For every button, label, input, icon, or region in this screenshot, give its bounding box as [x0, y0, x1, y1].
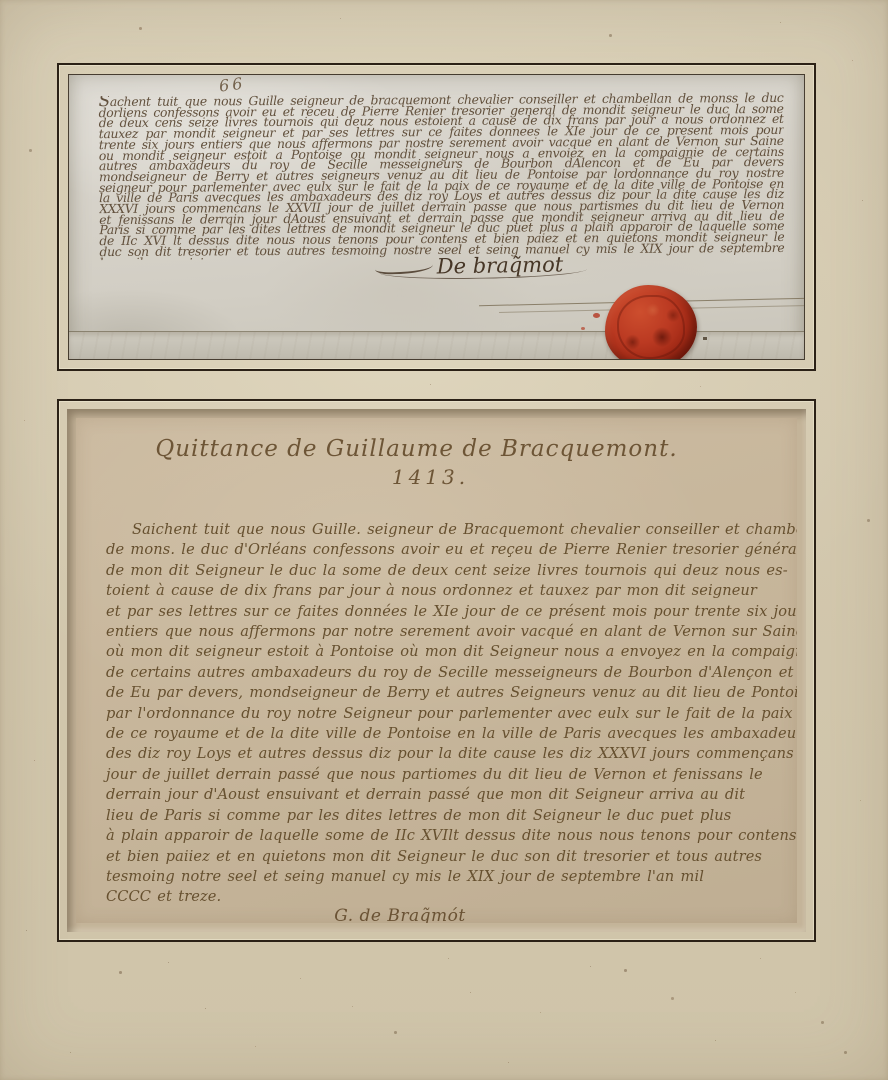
transcription-signature: G. de Braq̃mót: [76, 906, 724, 923]
transcription-year: 1413.: [90, 465, 771, 489]
manuscript-signature: De braq̃mot: [369, 252, 569, 279]
foxing-specks: [0, 0, 1, 1]
transcription-line: de mons. le duc d'Orléans confessons avo…: [106, 540, 791, 560]
transcription-line: de mon dit Seigneur le duc la some de de…: [106, 561, 791, 581]
transcription-window: Quittance de Guillaume de Bracquemont. 1…: [67, 409, 806, 932]
wax-seal: [605, 285, 697, 360]
transcription-line: par l'ordonnance du roy notre Seigneur p…: [106, 704, 791, 724]
wax-droplet: [581, 327, 585, 330]
manuscript-signature-text: De braq̃mot: [437, 252, 564, 278]
manuscript-document: 66 Sachent tuit que nous Guille seigneur…: [69, 75, 804, 359]
transcription-frame: Quittance de Guillaume de Bracquemont. 1…: [57, 399, 816, 942]
manuscript-frame: 66 Sachent tuit que nous Guille seigneur…: [57, 63, 816, 371]
transcription-line: de Eu par devers, mondseigneur de Berry …: [106, 683, 791, 703]
transcription-title: Quittance de Guillaume de Bracquemont.: [76, 436, 757, 462]
transcription-line: CCCC et treze.: [106, 887, 791, 907]
transcription-line: Saichent tuit que nous Guille. seigneur …: [106, 520, 791, 540]
transcription-line: entiers que nous affermons par notre ser…: [106, 622, 791, 642]
mat-board: 66 Sachent tuit que nous Guille seigneur…: [0, 0, 888, 1080]
transcription-line: et bien paiiez et en quietons mon dit Se…: [106, 847, 791, 867]
transcription-line: des diz roy Loys et autres dessus diz po…: [106, 744, 791, 764]
transcription-line: toient à cause de dix frans par jour à n…: [106, 581, 791, 601]
transcription-header: Quittance de Guillaume de Bracquemont. 1…: [76, 436, 757, 489]
manuscript-window: 66 Sachent tuit que nous Guille seigneur…: [68, 74, 805, 360]
archive-number: 66: [218, 74, 246, 96]
signature-flourish: [375, 264, 433, 275]
manuscript-text: Sachent tuit que nous Guille seigneur de…: [99, 92, 785, 260]
transcription-line: à plain apparoir de laquelle some de IIc…: [106, 826, 791, 846]
transcription-line: de ce royaume et de la dite ville de Pon…: [106, 724, 791, 744]
transcription-line: et par ses lettres sur ce faites données…: [106, 602, 791, 622]
transcription-line: tesmoing notre seel et seing manuel cy m…: [106, 867, 791, 887]
transcription-body: Saichent tuit que nous Guille. seigneur …: [106, 520, 791, 908]
wax-droplet: [593, 313, 600, 318]
transcription-line: de certains autres ambaxadeurs du roy de…: [106, 663, 791, 683]
ink-mark: [703, 337, 707, 340]
transcription-line: derrain jour d'Aoust ensuivant et derrai…: [106, 785, 791, 805]
transcription-line: jour de juillet derrain passé que nous p…: [106, 765, 791, 785]
transcription-line: lieu de Paris si comme par les dites let…: [106, 806, 791, 826]
transcription-line: où mon dit seigneur estoit à Pontoise où…: [106, 642, 791, 662]
transcription-document: Quittance de Guillaume de Bracquemont. 1…: [76, 418, 797, 923]
